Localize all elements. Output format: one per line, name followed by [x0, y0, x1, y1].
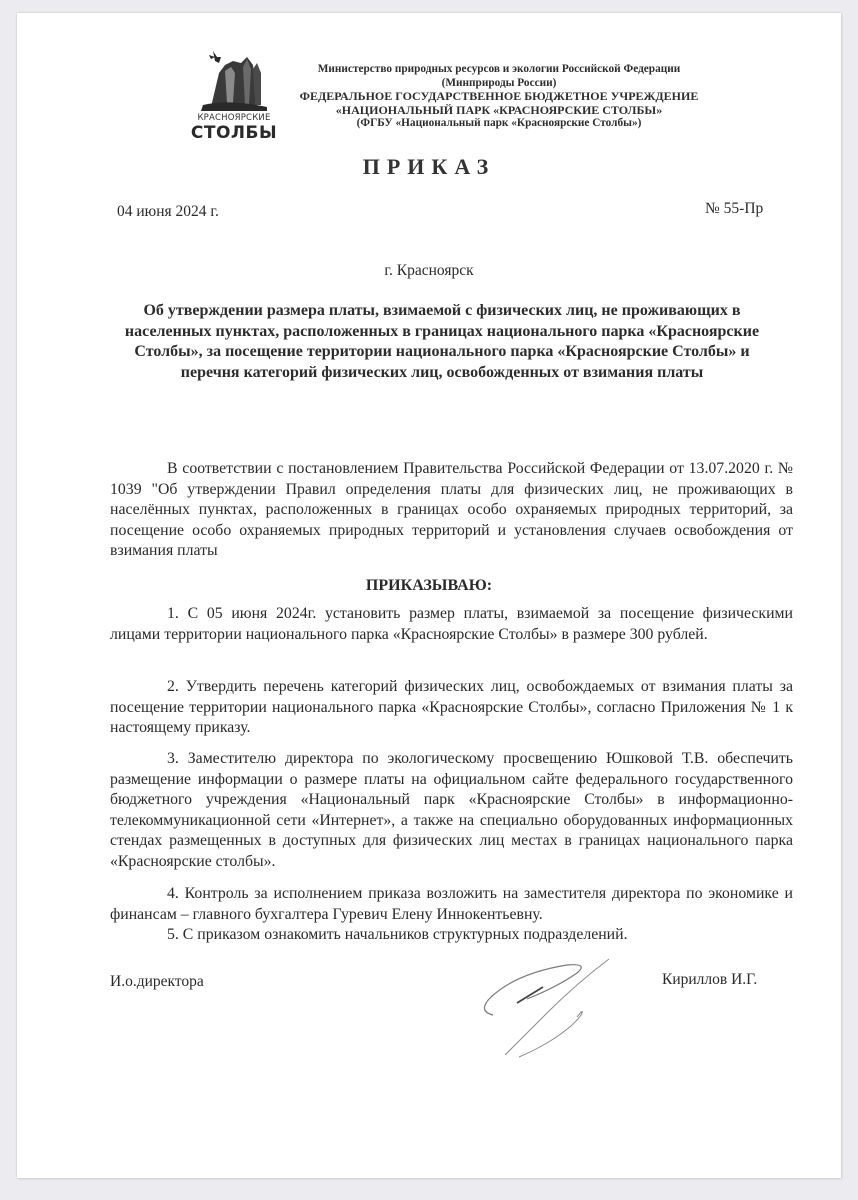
park-logo: КРАСНОЯРСКИЕ СТОЛБЫ: [189, 43, 279, 143]
document-date: 04 июня 2024 г.: [117, 203, 219, 221]
order-heading: ПРИКАЗЫВАЮ:: [17, 577, 841, 595]
document-subject: Об утверждении размера платы, взимаемой …: [107, 301, 777, 383]
document-title: ПРИКАЗ: [17, 154, 841, 180]
order-item-4: 4. Контроль за исполнением приказа возло…: [110, 884, 793, 925]
order-item-1: 1. С 05 июня 2024г. установить размер пл…: [110, 604, 793, 645]
signatory-name: Кириллов И.Г.: [662, 971, 757, 989]
order-item-5: 5. С приказом ознакомить начальников стр…: [110, 925, 793, 946]
document-city: г. Красноярск: [17, 262, 841, 280]
logo-text-bottom: СТОЛБЫ: [189, 123, 279, 143]
handwritten-signature-icon: [447, 953, 647, 1063]
organization-header: Министерство природных ресурсов и эколог…: [279, 63, 719, 131]
institution-abbrev: (ФГБУ «Национальный парк «Красноярские С…: [279, 117, 719, 131]
logo-text-top: КРАСНОЯРСКИЕ: [189, 113, 279, 123]
preamble-paragraph: В соответствии с постановлением Правител…: [110, 459, 793, 562]
order-item-2: 2. Утвердить перечень категорий физическ…: [110, 677, 793, 739]
document-page: КРАСНОЯРСКИЕ СТОЛБЫ Министерство природн…: [17, 13, 841, 1178]
park-name: «НАЦИОНАЛЬНЫЙ ПАРК «КРАСНОЯРСКИЕ СТОЛБЫ»: [279, 104, 719, 118]
order-item-3: 3. Заместителю директора по экологическо…: [110, 749, 793, 873]
ministry-short-name: (Минприроды России): [279, 77, 719, 91]
signatory-role: И.о.директора: [110, 973, 204, 991]
ministry-name: Министерство природных ресурсов и эколог…: [279, 63, 719, 77]
institution-name: ФЕДЕРАЛЬНОЕ ГОСУДАРСТВЕННОЕ БЮДЖЕТНОЕ УЧ…: [279, 90, 719, 104]
rock-pillars-eagle-icon: [189, 43, 279, 113]
document-number: № 55-Пр: [705, 200, 763, 218]
